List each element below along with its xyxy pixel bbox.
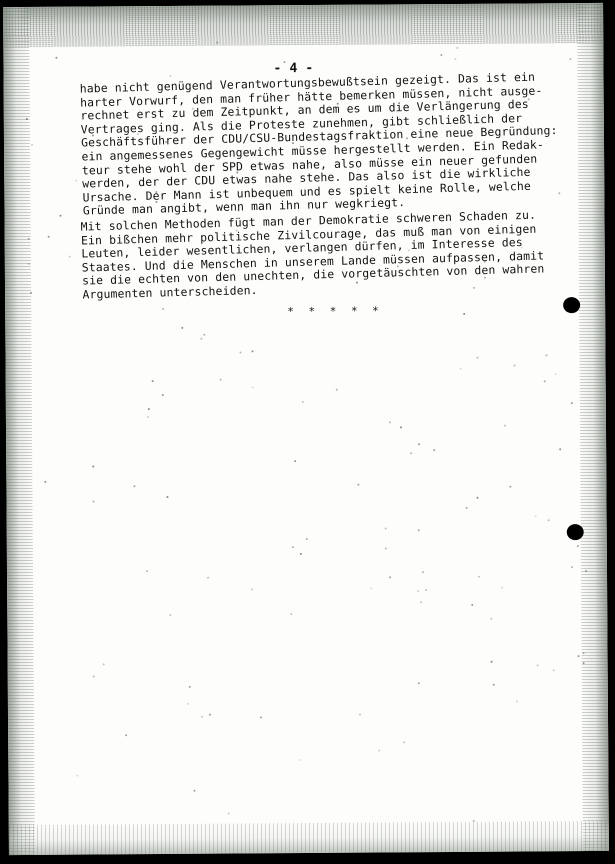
- scan-speck: [147, 416, 149, 418]
- scan-speck: [189, 686, 191, 688]
- scan-edge-right: [577, 3, 609, 851]
- scan-speck: [516, 701, 518, 703]
- scan-speck: [420, 601, 422, 603]
- scan-speck: [28, 263, 30, 265]
- scan-speck: [155, 191, 157, 193]
- scan-speck: [406, 137, 408, 139]
- scan-speck: [181, 327, 183, 329]
- scan-speck: [473, 820, 475, 822]
- scan-speck: [484, 261, 486, 263]
- scan-speck: [251, 588, 253, 590]
- scan-speck: [478, 576, 480, 578]
- scan-speck: [216, 42, 218, 44]
- scan-speck: [93, 675, 95, 677]
- scan-speck: [91, 157, 93, 159]
- scan-speck: [292, 546, 294, 548]
- scan-speck: [258, 207, 260, 209]
- scan-speck: [148, 408, 150, 410]
- punch-hole-icon: [563, 297, 580, 313]
- paragraph-2: Mit solchen Methoden fügt man der Demokr…: [81, 207, 583, 302]
- scan-speck: [292, 142, 294, 144]
- scan-speck: [69, 256, 71, 258]
- scan-noise: [3, 3, 603, 7]
- scan-speck: [200, 111, 202, 113]
- scan-speck: [535, 515, 537, 517]
- scan-speck: [239, 351, 241, 353]
- scan-speck: [31, 144, 33, 146]
- scan-speck: [294, 460, 296, 462]
- scan-speck: [410, 452, 412, 454]
- scan-speck: [133, 485, 135, 487]
- scan-speck: [357, 484, 359, 486]
- scanned-page: - 4 - habe nicht genügend Verantwortungs…: [3, 3, 609, 855]
- scan-speck: [385, 527, 387, 529]
- scan-speck: [400, 426, 402, 428]
- scan-speck: [125, 734, 127, 736]
- scan-speck: [203, 334, 205, 336]
- scan-speck: [48, 236, 50, 238]
- scan-speck: [169, 614, 171, 616]
- scan-speck: [152, 380, 154, 382]
- scan-speck: [537, 664, 539, 666]
- scan-speck: [389, 576, 391, 578]
- page-number: - 4 -: [273, 61, 313, 76]
- scan-speck: [544, 380, 546, 382]
- scan-speck: [150, 158, 152, 160]
- scan-speck: [504, 425, 506, 427]
- scan-speck: [28, 238, 30, 240]
- scan-speck: [162, 394, 164, 396]
- scan-speck: [92, 134, 94, 136]
- scan-speck: [290, 613, 292, 615]
- scan-speck: [389, 421, 391, 423]
- scan-edge-bottom: [9, 821, 609, 855]
- scan-speck: [571, 402, 573, 404]
- scan-speck: [425, 589, 427, 591]
- scan-speck: [336, 389, 338, 391]
- scan-speck: [585, 570, 587, 572]
- scan-speck: [558, 192, 560, 194]
- scan-speck: [155, 201, 157, 203]
- scan-speck: [251, 350, 253, 352]
- scan-speck: [263, 96, 265, 98]
- scan-speck: [471, 604, 473, 606]
- scan-speck: [466, 507, 468, 509]
- scan-speck: [555, 373, 557, 375]
- scan-speck: [476, 497, 478, 499]
- scan-speck: [422, 571, 424, 573]
- scan-speck: [302, 401, 304, 403]
- scan-speck: [166, 496, 168, 498]
- scan-speck: [354, 108, 356, 110]
- scan-speck: [55, 57, 57, 59]
- scan-speck: [26, 118, 28, 120]
- scan-speck: [583, 662, 585, 664]
- scan-speck: [559, 448, 561, 450]
- scan-speck: [553, 669, 555, 671]
- scan-speck: [483, 170, 485, 172]
- scan-speck: [397, 265, 399, 267]
- scan-speck: [283, 61, 285, 63]
- scan-speck: [473, 287, 475, 289]
- scan-speck: [545, 354, 547, 356]
- scan-speck: [577, 545, 579, 547]
- scan-speck: [521, 246, 523, 248]
- scan-speck: [171, 156, 173, 158]
- scan-speck: [477, 357, 479, 359]
- scan-speck: [528, 98, 530, 100]
- scan-speck: [207, 577, 209, 579]
- scan-speck: [92, 465, 94, 467]
- scan-speck: [469, 186, 471, 188]
- scan-speck: [418, 529, 420, 531]
- scan-speck: [440, 54, 442, 56]
- scan-speck: [484, 277, 486, 279]
- scan-speck: [59, 215, 61, 217]
- scan-speck: [236, 171, 238, 173]
- scan-speck: [514, 365, 516, 367]
- scan-speck: [236, 229, 238, 231]
- scan-speck: [356, 282, 358, 284]
- scan-speck: [463, 313, 465, 315]
- scan-speck: [165, 141, 167, 143]
- scan-speck: [146, 570, 148, 572]
- scan-speck: [418, 443, 420, 445]
- scan-speck: [242, 111, 244, 113]
- scan-speck: [385, 547, 387, 549]
- scan-speck: [456, 47, 458, 49]
- scan-speck: [187, 703, 189, 705]
- scan-speck: [583, 652, 585, 654]
- scan-speck: [92, 500, 94, 502]
- punch-hole-icon: [567, 524, 584, 540]
- scan-speck: [299, 759, 301, 761]
- scan-speck: [571, 566, 573, 568]
- scan-speck: [44, 481, 46, 483]
- scan-speck: [137, 133, 139, 135]
- scan-speck: [30, 292, 32, 294]
- scan-speck: [370, 588, 372, 590]
- scan-speck: [509, 486, 511, 488]
- scan-speck: [300, 553, 302, 555]
- scan-speck: [260, 716, 262, 718]
- scan-speck: [454, 58, 456, 60]
- scan-speck: [200, 338, 202, 340]
- scan-speck: [418, 682, 420, 684]
- scan-speck: [170, 75, 172, 77]
- scan-speck: [220, 379, 222, 381]
- scan-speck: [209, 714, 211, 716]
- end-of-text-mark: * * * * *: [287, 304, 383, 318]
- scan-speck: [490, 618, 492, 620]
- scan-speck: [228, 813, 230, 815]
- scan-speck: [76, 775, 78, 777]
- scan-speck: [569, 58, 571, 60]
- scan-speck: [306, 538, 308, 540]
- scan-edge-left: [3, 7, 35, 855]
- scan-speck: [578, 655, 580, 657]
- scan-speck: [501, 587, 503, 589]
- scan-speck: [392, 275, 394, 277]
- scan-speck: [359, 714, 361, 716]
- scan-speck: [252, 386, 254, 388]
- scan-speck: [194, 790, 196, 792]
- scan-speck: [201, 716, 203, 718]
- scan-speck: [162, 308, 164, 310]
- scan-speck: [192, 108, 194, 110]
- scan-speck: [403, 741, 405, 743]
- scan-speck: [548, 519, 550, 521]
- scan-speck: [378, 749, 380, 751]
- scan-speck: [103, 663, 105, 665]
- scan-speck: [237, 209, 239, 211]
- scan-speck: [460, 368, 462, 370]
- scan-speck: [433, 449, 435, 451]
- paragraph-1: habe nicht genügend Verantwortungsbewußt…: [80, 69, 583, 218]
- scan-speck: [493, 684, 495, 686]
- scan-edge-top: [3, 3, 603, 47]
- scan-speck: [301, 84, 303, 86]
- scan-speck: [491, 661, 493, 663]
- scan-speck: [337, 103, 339, 105]
- scan-speck: [75, 180, 77, 182]
- scan-speck: [417, 590, 419, 592]
- scan-speck: [408, 249, 410, 251]
